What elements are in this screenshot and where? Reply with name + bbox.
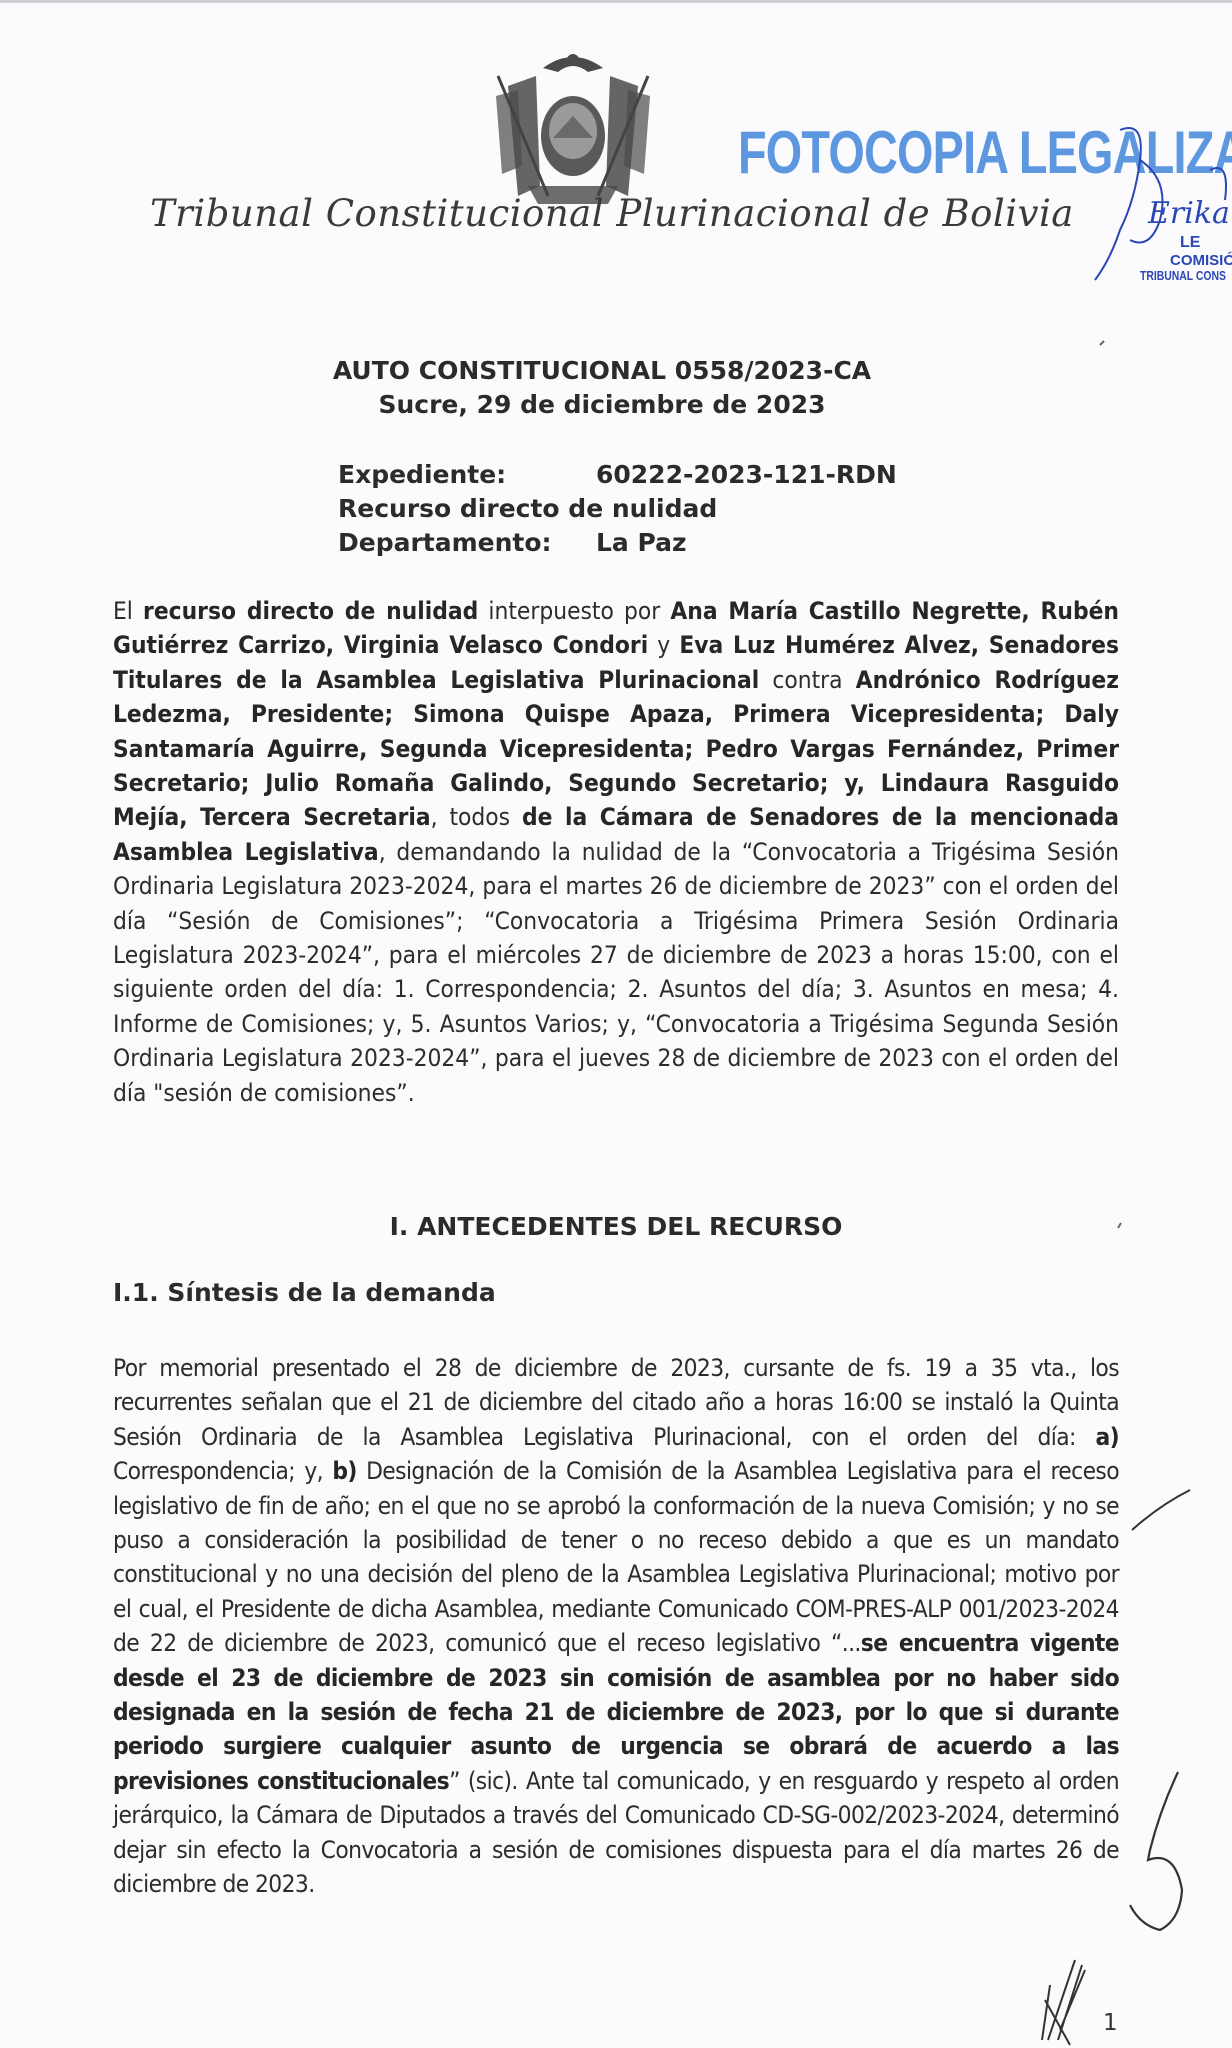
signatory-name: Erika Sa [1148,196,1232,231]
intro-paragraph: El recurso directo de nulidad interpuest… [113,594,1119,1110]
document-place-date: Sucre, 29 de diciembre de 2023 [0,390,1218,419]
demand-paragraph: Por memorial presentado el 28 de diciemb… [113,1351,1119,1902]
section-heading: I. ANTECEDENTES DEL RECURSO [0,1212,1232,1241]
meta-label: Expediente: [338,460,506,489]
document-title: AUTO CONSTITUCIONAL 0558/2023-CA [0,356,1218,385]
institution-letterhead: Tribunal Constitucional Plurinacional de… [150,192,1010,235]
initials-scribble-icon [1042,1960,1085,2045]
scan-top-edge [0,0,1232,3]
tick-mark-icon [1132,1490,1190,1530]
meta-label: Recurso directo de nulidad [338,494,717,523]
folio-number-5-icon [1130,1772,1182,1930]
stamp-line-1: LE [1180,234,1200,252]
meta-value: 60222-2023-121-RDN [596,460,897,489]
meta-recurso: Recurso directo de nulidad [338,494,717,523]
page-number: 1 [1103,2010,1118,2036]
bolivia-coat-of-arms-icon [488,46,658,206]
stamp-line-2: COMISIÓ [1170,252,1232,269]
meta-departamento: Departamento: La Paz [338,528,552,557]
meta-value: La Paz [596,528,687,557]
meta-label: Departamento: [338,528,552,557]
stamp-line-3: TRIBUNAL CONS [1140,268,1226,283]
document-page: Tribunal Constitucional Plurinacional de… [0,0,1232,2048]
subsection-heading: I.1. Síntesis de la demanda [113,1278,496,1307]
meta-expediente: Expediente: 60222-2023-121-RDN [338,460,506,489]
